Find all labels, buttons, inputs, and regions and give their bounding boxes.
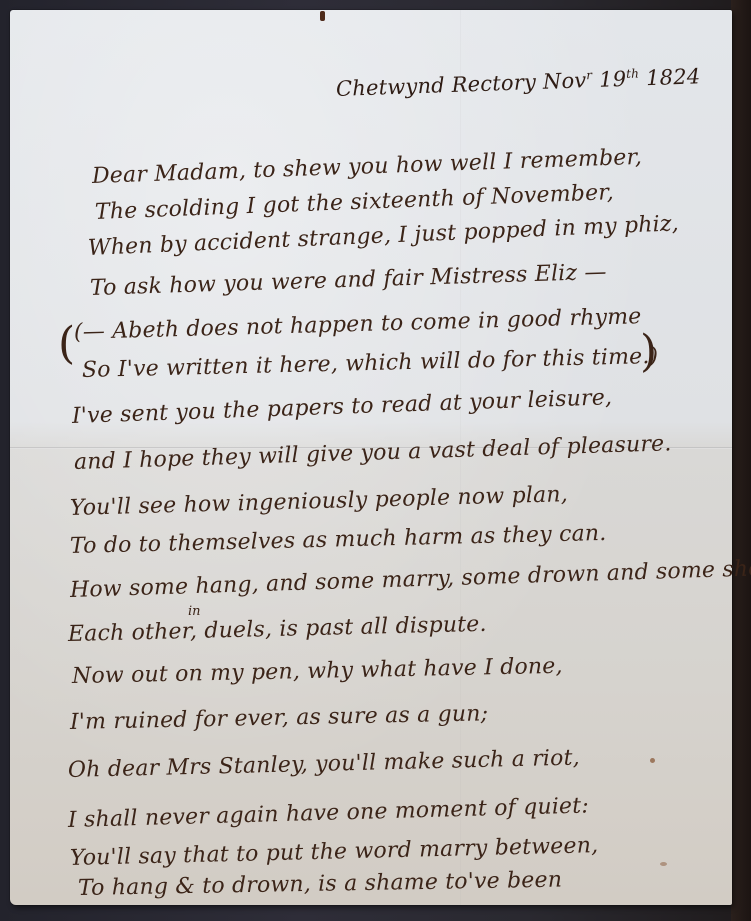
ink-spot [650,758,655,763]
stain-spot [660,862,667,866]
heading-day-suffix: th [626,66,639,80]
heading-month-suffix: r [586,68,592,82]
wood-edge [731,0,751,921]
close-bracket: ) [640,326,657,377]
open-bracket: ( [58,318,75,369]
heading-month: Nov [542,68,586,94]
pin-mark [320,11,325,21]
heading-year: 1824 [646,64,701,90]
heading-day: 19 [599,67,627,92]
insertion-above: in [188,604,201,619]
